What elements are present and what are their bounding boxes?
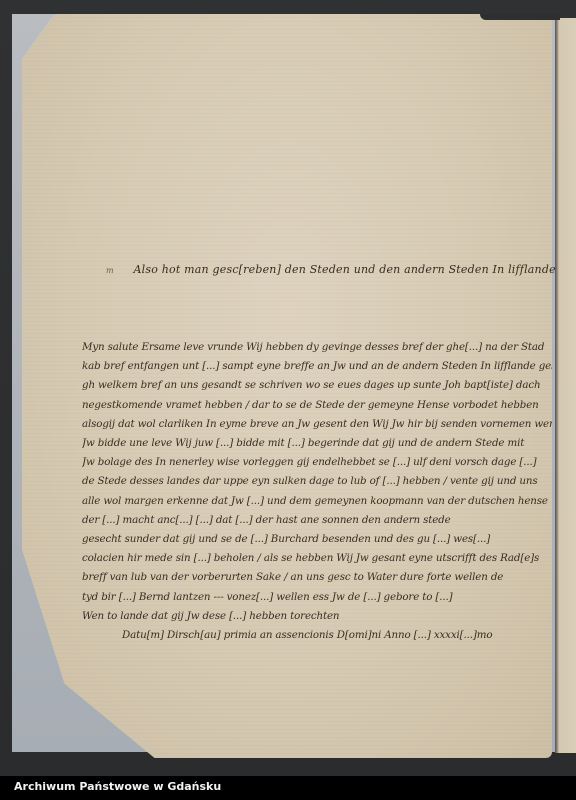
text-line: Jw bidde une leve Wij juw [...] bidde mi… (82, 434, 552, 453)
archive-footer: Archiwum Państwowe w Gdańsku (0, 776, 576, 800)
page-fold-edge (555, 18, 576, 753)
text-line: Jw bolage des In nenerley wise vorleggen… (82, 453, 552, 472)
text-line: de Stede desses landes dar uppe eyn sulk… (82, 472, 552, 491)
text-line: gesecht sunder dat gij und se de [...] B… (82, 530, 552, 549)
manuscript-body: Myn salute Ersame leve vrunde Wij hebben… (82, 338, 552, 645)
text-line: breff van lub van der vorberurten Sake /… (82, 568, 552, 587)
text-line: tyd bir [...] Bernd lantzen --- vonez[..… (82, 588, 552, 607)
text-line: kab bref entfangen unt [...] sampt eyne … (82, 357, 552, 376)
heading-text: Also hot man gesc[reben] den Steden und … (134, 263, 556, 276)
scan-area: m Also hot man gesc[reben] den Steden un… (0, 0, 576, 776)
text-line: Myn salute Ersame leve vrunde Wij hebben… (82, 338, 552, 357)
manuscript-heading: m Also hot man gesc[reben] den Steden un… (106, 263, 466, 276)
text-line: alsogij dat wol clarliken In eyme breve … (82, 415, 552, 434)
text-line: alle wol margen erkenne dat Jw [...] und… (82, 492, 552, 511)
archive-name: Archiwum Państwowe w Gdańsku (14, 780, 221, 793)
text-line: colacien hir mede sin [...] beholen / al… (82, 549, 552, 568)
dateline: Datu[m] Dirsch[au] primia an assencionis… (82, 626, 552, 645)
text-line: negestkomende vramet hebben / dar to se … (82, 396, 552, 415)
text-line: gh welkem bref an uns gesandt se schrive… (82, 376, 552, 395)
page-edge-tear (480, 14, 560, 20)
text-line: der [...] macht anc[...] [...] dat [...]… (82, 511, 552, 530)
margin-marker: m (106, 266, 114, 275)
text-line: Wen to lande dat gij Jw dese [...] hebbe… (82, 607, 552, 626)
